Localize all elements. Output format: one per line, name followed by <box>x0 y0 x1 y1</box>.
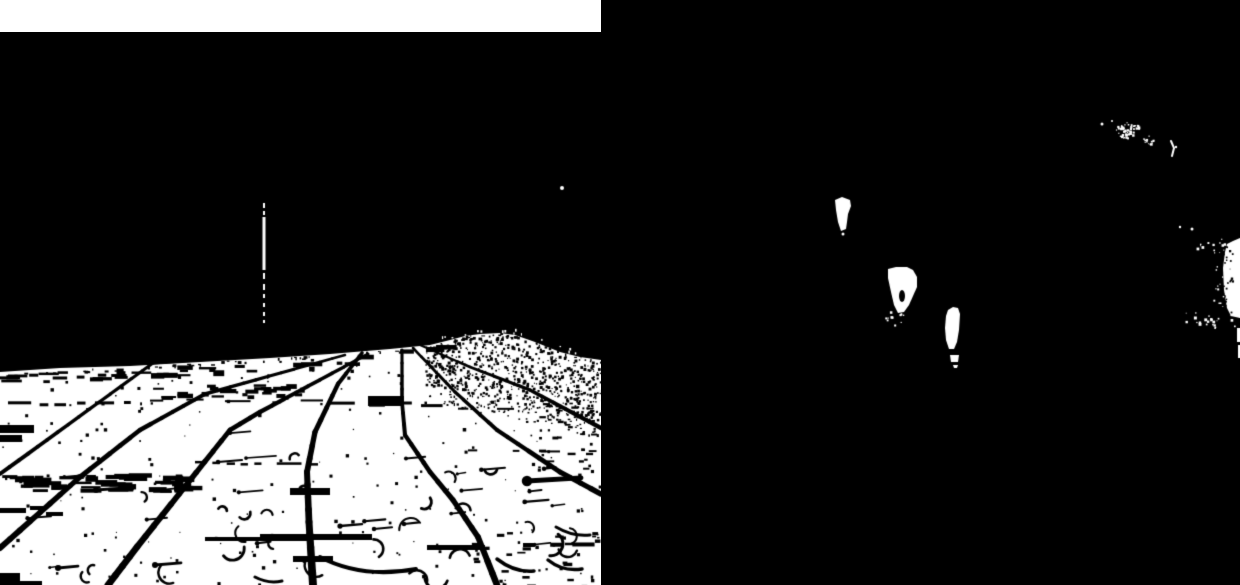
page-margin-strip <box>0 0 601 32</box>
left-binarized-image <box>0 32 601 585</box>
binarized-image-pair-figure <box>0 0 1240 585</box>
right-binarized-image <box>601 0 1240 585</box>
